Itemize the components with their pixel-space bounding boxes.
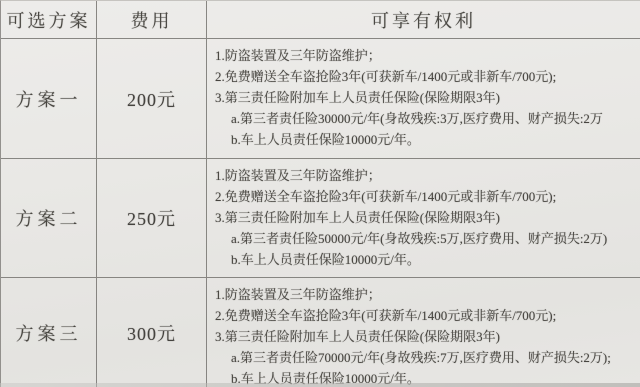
plan-3-name: 方案三 [1,278,97,387]
plan-3-benefits: 1.防盗装置及三年防盗维护； 2.免费赠送全车盗抢险3年(可获新车/1400元或… [207,278,640,387]
header-fee-column: 费用 [97,1,207,39]
plan-1-name: 方案一 [1,39,97,159]
plan-2-benefits: 1.防盗装置及三年防盗维护； 2.免费赠送全车盗抢险3年(可获新车/1400元或… [207,159,640,278]
benefit-subline: b.车上人员责任保险10000元/年。 [215,129,640,150]
benefit-line: 3.第三责任险附加车上人员责任保险(保险期限3年) [215,87,640,108]
benefit-line: 3.第三责任险附加车上人员责任保险(保险期限3年) [215,326,640,347]
benefit-line: 1.防盗装置及三年防盗维护； [215,284,640,305]
benefit-line: 2.免费赠送全车盗抢险3年(可获新车/1400元或非新车/700元); [215,305,640,326]
plan-2-name: 方案二 [1,159,97,278]
benefit-subline: a.第三者责任险70000元/年(身故残疾:7万,医疗费用、财产损失:2万); [215,347,640,368]
header-plan-column: 可选方案 [1,1,97,39]
scanned-document-page: 可选方案 费用 可享有权利 方案一 200元 1.防盗装置及三年防盗维护； 2.… [0,0,640,387]
benefit-line: 3.第三责任险附加车上人员责任保险(保险期限3年) [215,207,640,228]
benefit-line: 1.防盗装置及三年防盗维护； [215,165,640,186]
plan-2-fee: 250元 [97,159,207,278]
plan-3-fee: 300元 [97,278,207,387]
benefit-subline: a.第三者责任险50000元/年(身故残疾:5万,医疗费用、财产损失:2万) [215,228,640,249]
benefit-line: 2.免费赠送全车盗抢险3年(可获新车/1400元或非新车/700元); [215,186,640,207]
insurance-plans-table: 可选方案 费用 可享有权利 方案一 200元 1.防盗装置及三年防盗维护； 2.… [0,0,640,387]
plan-1-fee: 200元 [97,39,207,159]
benefit-subline: b.车上人员责任保险10000元/年。 [215,249,640,270]
benefit-line: 2.免费赠送全车盗抢险3年(可获新车/1400元或非新车/700元); [215,66,640,87]
benefit-line: 1.防盗装置及三年防盗维护； [215,45,640,66]
scan-edge-shadow [0,383,640,387]
plan-1-benefits: 1.防盗装置及三年防盗维护； 2.免费赠送全车盗抢险3年(可获新车/1400元或… [207,39,640,159]
header-rights-column: 可享有权利 [207,1,640,39]
benefit-subline: a.第三者责任险30000元/年(身故残疾:3万,医疗费用、财产损失:2万 [215,108,640,129]
